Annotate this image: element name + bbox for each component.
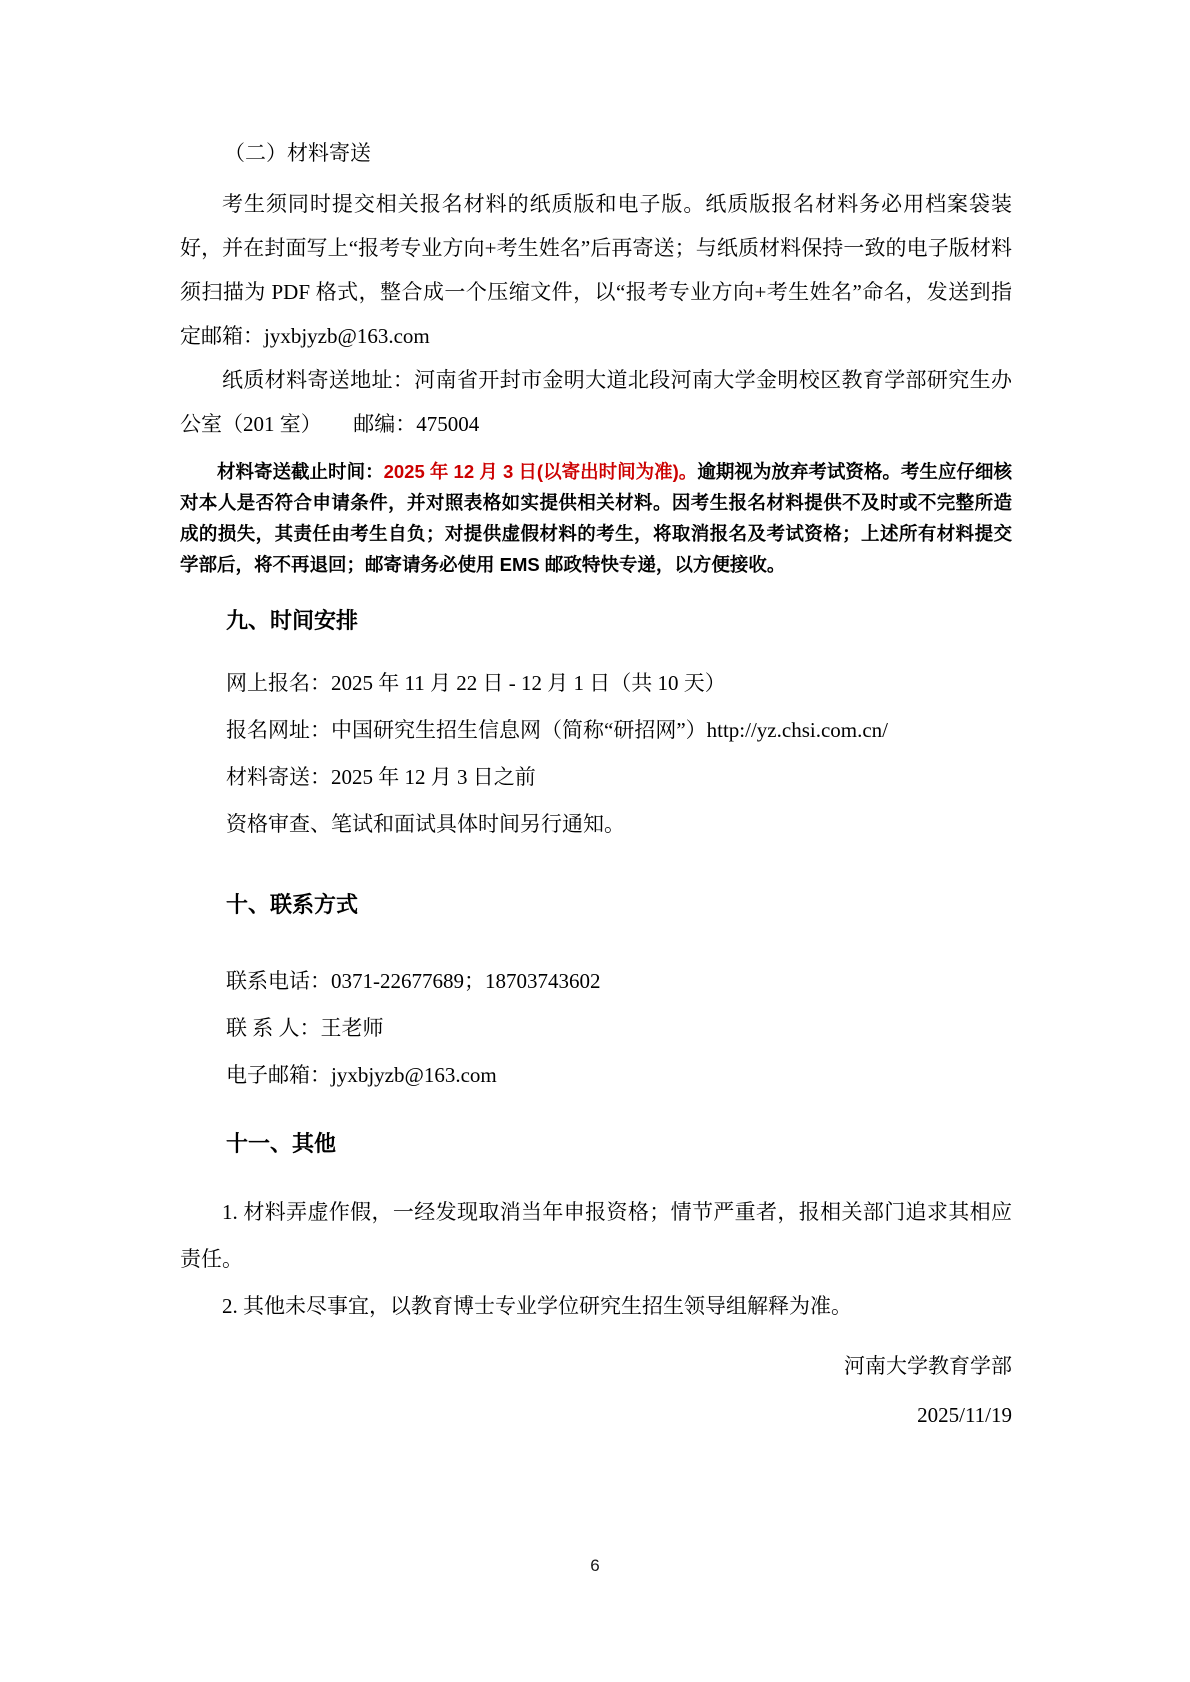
section-heading-contact: 十、联系方式 <box>180 890 1012 920</box>
document-page: （二）材料寄送 考生须同时提交相关报名材料的纸质版和电子版。纸质版报名材料务必用… <box>0 0 1190 1682</box>
deadline-label: 材料寄送截止时间： <box>217 461 384 482</box>
paragraph-submission-instructions: 考生须同时提交相关报名材料的纸质版和电子版。纸质版报名材料务必用档案袋装好，并在… <box>180 182 1012 358</box>
deadline-date-highlight: 2025 年 12 月 3 日(以寄出时间为准)。 <box>384 461 698 482</box>
subsection-heading-material-mailing: （二）材料寄送 <box>180 138 1012 168</box>
paragraph-mailing-address: 纸质材料寄送地址：河南省开封市金明大道北段河南大学金明校区教育学部研究生办公室（… <box>180 358 1012 446</box>
schedule-item-material-mailing: 材料寄送：2025 年 12 月 3 日之前 <box>180 754 1012 801</box>
page-number: 6 <box>0 1556 1190 1576</box>
other-item-fraud: 1. 材料弄虚作假，一经发现取消当年申报资格；情节严重者，报相关部门追求其相应责… <box>180 1189 1012 1283</box>
contact-email: 电子邮箱：jyxbjyzb@163.com <box>180 1052 1012 1099</box>
schedule-item-online-registration: 网上报名：2025 年 11 月 22 日 - 12 月 1 日（共 10 天） <box>180 660 1012 707</box>
contact-person: 联 系 人：王老师 <box>180 1005 1012 1052</box>
contact-list: 联系电话：0371-22677689；18703743602 联 系 人：王老师… <box>180 958 1012 1099</box>
other-item-interpretation: 2. 其他未尽事宜，以教育博士专业学位研究生招生领导组解释为准。 <box>180 1283 1012 1330</box>
schedule-item-exam-notice: 资格审查、笔试和面试具体时间另行通知。 <box>180 801 1012 848</box>
section-heading-other: 十一、其他 <box>180 1129 1012 1159</box>
contact-phone: 联系电话：0371-22677689；18703743602 <box>180 958 1012 1005</box>
signature-date: 2025/11/19 <box>180 1391 1012 1440</box>
signature-organization: 河南大学教育学部 <box>180 1342 1012 1391</box>
schedule-list: 网上报名：2025 年 11 月 22 日 - 12 月 1 日（共 10 天）… <box>180 660 1012 848</box>
schedule-item-registration-website: 报名网址：中国研究生招生信息网（简称“研招网”）http://yz.chsi.c… <box>180 707 1012 754</box>
section-heading-schedule: 九、时间安排 <box>180 606 1012 636</box>
paragraph-deadline-note: 材料寄送截止时间：2025 年 12 月 3 日(以寄出时间为准)。逾期视为放弃… <box>180 456 1012 580</box>
signature-block: 河南大学教育学部 2025/11/19 <box>180 1342 1012 1440</box>
